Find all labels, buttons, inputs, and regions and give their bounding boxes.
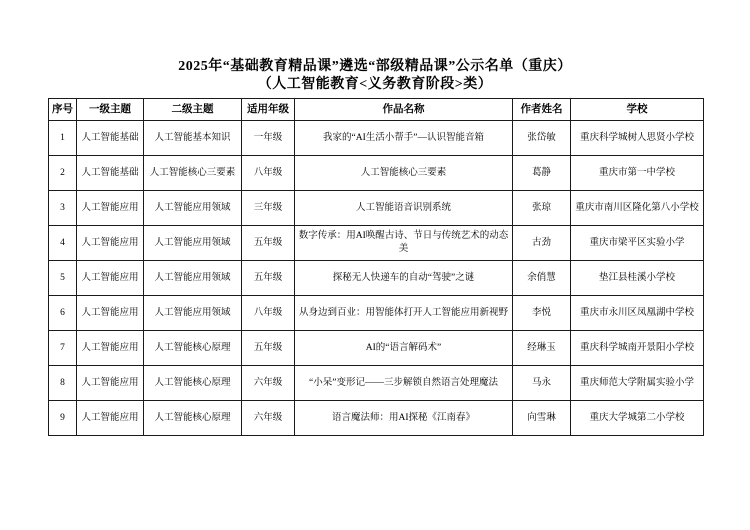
cell-topic2: 人工智能应用领域 [144,226,242,261]
cell-school: 重庆师范大学附属实验小学 [571,366,704,401]
cell-title: 人工智能语音识别系统 [295,191,513,226]
cell-topic1: 人工智能应用 [77,226,144,261]
cell-title: 数字传承：用AI唤醒古诗、节日与传统艺术的动态美 [295,226,513,261]
title-line-1: 2025年“基础教育精品课”遴选“部级精品课”公示名单（重庆） [0,58,750,76]
table-row: 6人工智能应用人工智能应用领域八年级从身边到百业：用智能体打开人工智能应用新视野… [49,296,704,331]
table-body: 1人工智能基础人工智能基本知识一年级我家的“AI生活小帮手”—认识智能音箱张岱敏… [49,121,704,436]
cell-author: 张琼 [513,191,571,226]
cell-topic2: 人工智能核心原理 [144,331,242,366]
cell-author: 向雪琳 [513,401,571,436]
cell-grade: 五年级 [242,226,295,261]
cell-school: 重庆市梁平区实验小学 [571,226,704,261]
table-row: 9人工智能应用人工智能核心原理六年级语言魔法师：用AI探秘《江南春》向雪琳重庆大… [49,401,704,436]
cell-author: 余俏慧 [513,261,571,296]
cell-school: 垫江县桂溪小学校 [571,261,704,296]
table-row: 8人工智能应用人工智能核心原理六年级“小呆”变形记——三步解锁自然语言处理魔法马… [49,366,704,401]
cell-title: 人工智能核心三要素 [295,156,513,191]
cell-grade: 六年级 [242,366,295,401]
cell-grade: 八年级 [242,156,295,191]
cell-topic1: 人工智能基础 [77,121,144,156]
cell-topic2: 人工智能核心原理 [144,401,242,436]
cell-no: 9 [49,401,77,436]
cell-topic1: 人工智能基础 [77,156,144,191]
table-row: 7人工智能应用人工智能核心原理五年级AI的“语言解码术”经琳玉重庆科学城南开景阳… [49,331,704,366]
table-row: 4人工智能应用人工智能应用领域五年级数字传承：用AI唤醒古诗、节日与传统艺术的动… [49,226,704,261]
cell-topic1: 人工智能应用 [77,191,144,226]
cell-no: 4 [49,226,77,261]
table-row: 1人工智能基础人工智能基本知识一年级我家的“AI生活小帮手”—认识智能音箱张岱敏… [49,121,704,156]
cell-grade: 三年级 [242,191,295,226]
cell-topic2: 人工智能应用领域 [144,261,242,296]
cell-topic1: 人工智能应用 [77,366,144,401]
column-header-school: 学校 [571,99,704,121]
title-line-2: （人工智能教育<义务教育阶段>类） [0,76,750,94]
cell-topic2: 人工智能核心三要素 [144,156,242,191]
cell-title: “小呆”变形记——三步解锁自然语言处理魔法 [295,366,513,401]
cell-school: 重庆市第一中学校 [571,156,704,191]
cell-title: 语言魔法师：用AI探秘《江南春》 [295,401,513,436]
document-title: 2025年“基础教育精品课”遴选“部级精品课”公示名单（重庆） （人工智能教育<… [0,58,750,94]
cell-no: 1 [49,121,77,156]
cell-title: AI的“语言解码术” [295,331,513,366]
cell-author: 古劲 [513,226,571,261]
cell-title: 我家的“AI生活小帮手”—认识智能音箱 [295,121,513,156]
table-row: 5人工智能应用人工智能应用领域五年级探秘无人快递车的自动“驾驶”之谜余俏慧垫江县… [49,261,704,296]
cell-author: 马永 [513,366,571,401]
document-page: 2025年“基础教育精品课”遴选“部级精品课”公示名单（重庆） （人工智能教育<… [0,0,750,530]
announcement-table: 序号一级主题二级主题适用年级作品名称作者姓名学校 1人工智能基础人工智能基本知识… [48,98,704,436]
cell-topic2: 人工智能应用领域 [144,191,242,226]
cell-no: 5 [49,261,77,296]
column-header-title: 作品名称 [295,99,513,121]
table-row: 2人工智能基础人工智能核心三要素八年级人工智能核心三要素葛静重庆市第一中学校 [49,156,704,191]
cell-title: 从身边到百业：用智能体打开人工智能应用新视野 [295,296,513,331]
column-header-author: 作者姓名 [513,99,571,121]
cell-topic2: 人工智能基本知识 [144,121,242,156]
cell-title: 探秘无人快递车的自动“驾驶”之谜 [295,261,513,296]
cell-topic2: 人工智能核心原理 [144,366,242,401]
cell-school: 重庆科学城树人思贤小学校 [571,121,704,156]
table-header-row: 序号一级主题二级主题适用年级作品名称作者姓名学校 [49,99,704,121]
cell-grade: 五年级 [242,261,295,296]
cell-author: 张岱敏 [513,121,571,156]
column-header-grade: 适用年级 [242,99,295,121]
cell-topic1: 人工智能应用 [77,261,144,296]
cell-school: 重庆市永川区凤凰湖中学校 [571,296,704,331]
cell-school: 重庆市南川区隆化第八小学校 [571,191,704,226]
cell-topic1: 人工智能应用 [77,331,144,366]
column-header-no: 序号 [49,99,77,121]
cell-topic1: 人工智能应用 [77,296,144,331]
cell-school: 重庆大学城第二小学校 [571,401,704,436]
cell-topic1: 人工智能应用 [77,401,144,436]
cell-topic2: 人工智能应用领域 [144,296,242,331]
cell-author: 葛静 [513,156,571,191]
column-header-topic2: 二级主题 [144,99,242,121]
cell-no: 3 [49,191,77,226]
cell-grade: 八年级 [242,296,295,331]
cell-no: 2 [49,156,77,191]
cell-grade: 六年级 [242,401,295,436]
cell-no: 7 [49,331,77,366]
cell-school: 重庆科学城南开景阳小学校 [571,331,704,366]
column-header-topic1: 一级主题 [77,99,144,121]
cell-no: 6 [49,296,77,331]
cell-author: 经琳玉 [513,331,571,366]
cell-author: 李悦 [513,296,571,331]
cell-grade: 五年级 [242,331,295,366]
cell-grade: 一年级 [242,121,295,156]
table-row: 3人工智能应用人工智能应用领域三年级人工智能语音识别系统张琼重庆市南川区隆化第八… [49,191,704,226]
cell-no: 8 [49,366,77,401]
